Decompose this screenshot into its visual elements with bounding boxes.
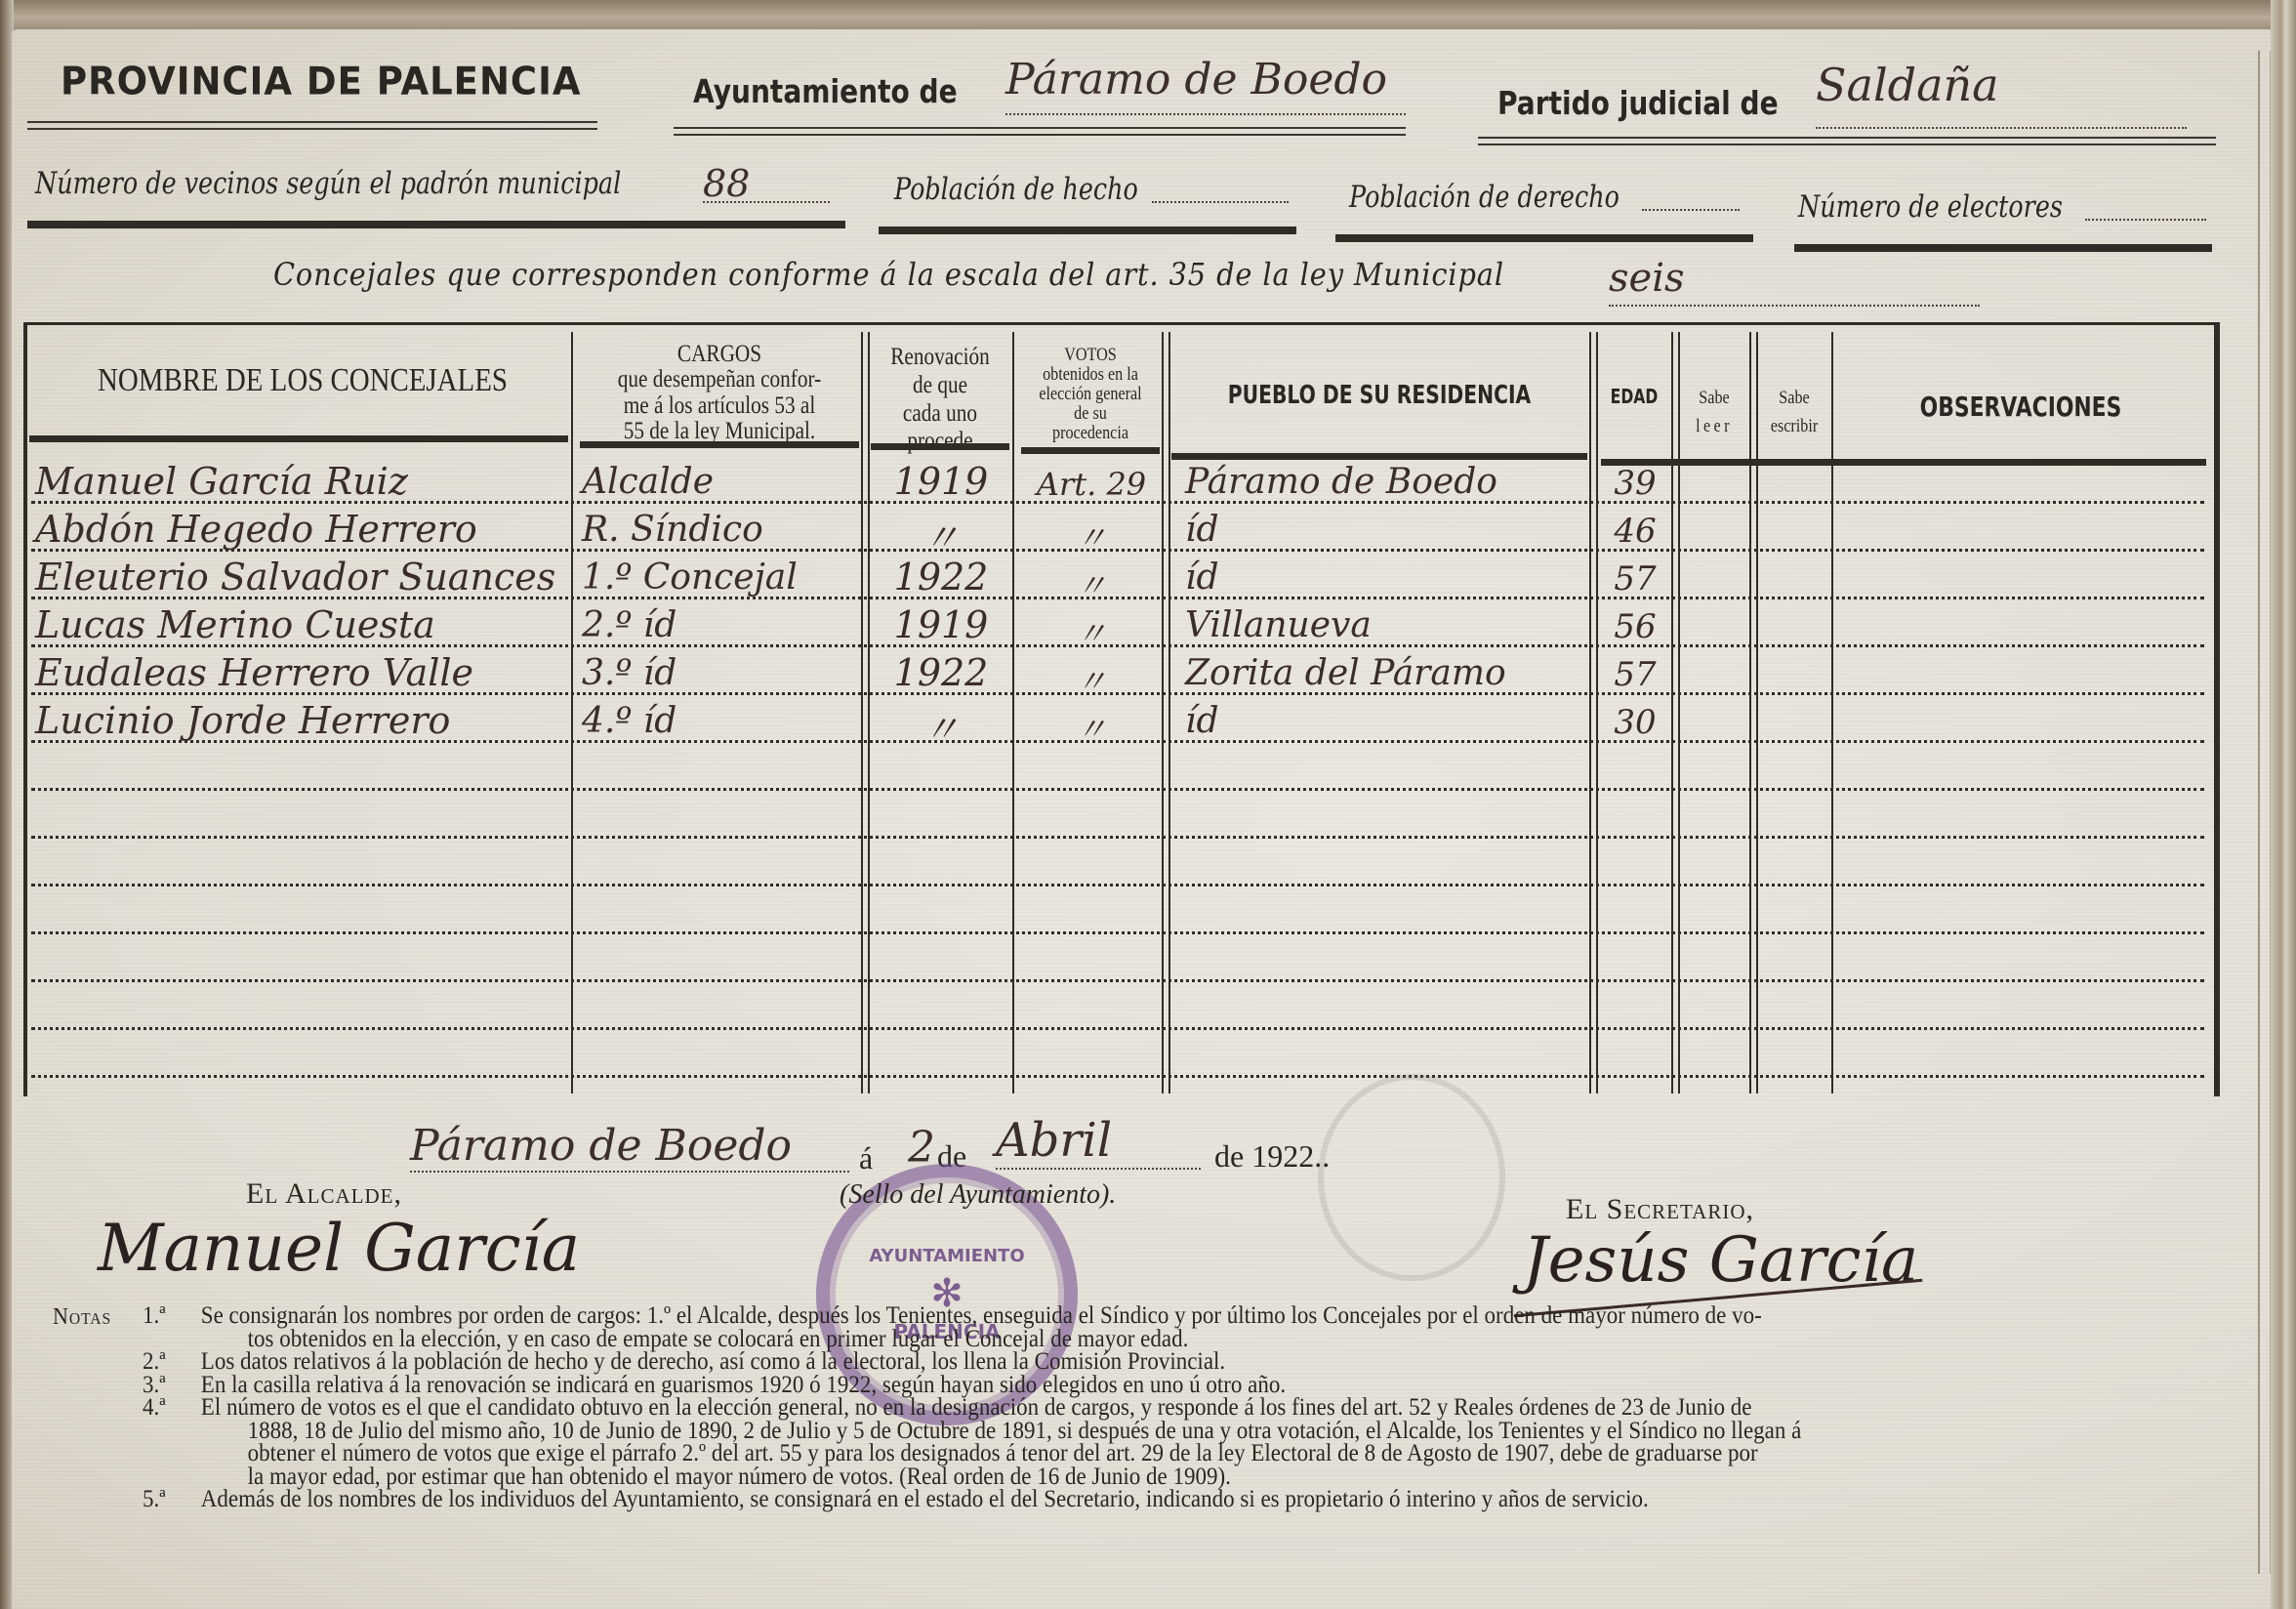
cell-cargo: 4.º íd <box>582 701 859 741</box>
note-text: Además de los nombres de los individuos … <box>201 1488 2047 1511</box>
poblacion-derecho-label: Población de derecho <box>1349 180 1619 215</box>
header-renovacion-line: de que <box>880 372 1001 400</box>
header-edad: EDAD <box>1605 387 1662 407</box>
alcalde-label: El Alcalde, <box>246 1177 402 1211</box>
cell-nombre: Lucas Merino Cuesta <box>35 603 570 646</box>
note-number: 1.ª <box>143 1304 166 1328</box>
concejales-label: Concejales que corresponden conforme á l… <box>273 256 1504 293</box>
cell-nombre: Eudaleas Herrero Valle <box>35 651 570 694</box>
cell-cargo: 3.º íd <box>582 653 859 693</box>
vecinos-rule <box>27 221 845 228</box>
header-cargos: CARGOS que desempeñan confor- me á los a… <box>599 342 840 444</box>
electores-value <box>2085 219 2206 221</box>
note-text: Se consignarán los nombres por orden de … <box>201 1304 2047 1328</box>
header-sabe-leer: Sabe leer <box>1684 385 1743 440</box>
electores-rule <box>1794 244 2212 252</box>
partido-judicial-label: Partido judicial de <box>1497 84 1779 122</box>
note-item: 4.ª El número de votos es el que el cand… <box>53 1396 2046 1488</box>
note-number: 5.ª <box>143 1488 166 1511</box>
note-item: 5.ª Además de los nombres de los individ… <box>53 1488 2046 1511</box>
hecho-rule <box>879 227 1296 234</box>
vecinos-value: 88 <box>703 162 830 203</box>
poblacion-hecho-value <box>1152 201 1289 203</box>
table-row <box>31 979 2204 982</box>
header-votos-line: obtenidos en la <box>1030 365 1151 385</box>
partido-judicial-value: Saldaña <box>1816 59 2187 129</box>
province-rule <box>27 121 597 130</box>
stamp-text: AYUNTAMIENTO <box>869 1245 1024 1267</box>
cell-edad: 57 <box>1601 655 1669 694</box>
footer-year: de 1922.. <box>1214 1138 1330 1175</box>
header-renovacion-line: Renovación <box>880 344 1001 372</box>
header-rule <box>1021 447 1160 454</box>
cell-renovacion: 1922 <box>873 556 1009 598</box>
footer-month: Abril <box>996 1113 1201 1170</box>
sello-label: (Sello del Ayuntamiento). <box>840 1179 1116 1211</box>
cell-pueblo: íd <box>1185 701 1585 741</box>
note-item: 2.ª Los datos relativos á la población d… <box>53 1350 2046 1374</box>
cell-renovacion: 〃 <box>873 699 1009 753</box>
note-text: 1888, 18 de Julio del mismo año, 10 de J… <box>201 1420 2047 1443</box>
header-rule <box>1601 459 2206 466</box>
note-text: El número de votos es el que el candidat… <box>201 1396 2047 1420</box>
header-cargos-title: CARGOS <box>599 342 840 367</box>
header-votos-line: elección general <box>1030 385 1151 404</box>
header-rule <box>1171 453 1587 460</box>
page-gutter-lines <box>2258 51 2271 1574</box>
cell-renovacion: 1922 <box>873 651 1009 694</box>
header-renovacion-line: procede <box>880 428 1001 456</box>
vecinos-label: Número de vecinos según el padrón munici… <box>35 166 621 201</box>
note-number: 4.ª <box>143 1396 166 1420</box>
cell-nombre: Manuel García Ruiz <box>35 460 570 503</box>
ghost-stamp <box>1318 1074 1505 1281</box>
cell-nombre: Lucinio Jorde Herrero <box>35 699 570 742</box>
ayuntamiento-label: Ayuntamiento de <box>693 72 958 110</box>
cell-renovacion: 1919 <box>873 460 1009 503</box>
cell-edad: 46 <box>1601 512 1669 551</box>
header-renovacion-line: cada uno <box>880 400 1001 429</box>
cell-renovacion: 1919 <box>873 603 1009 646</box>
header-sabe-escribir-line: Sabe <box>1763 385 1826 413</box>
cell-votos: 〃 <box>1023 561 1160 606</box>
header-rule <box>29 435 568 442</box>
poblacion-hecho-label: Población de hecho <box>894 172 1138 207</box>
cell-cargo: 1.º Concejal <box>582 557 859 598</box>
note-text: Los datos relativos á la población de he… <box>201 1350 2047 1374</box>
header-sabe-escribir: Sabe escribir <box>1763 385 1826 440</box>
header-votos: VOTOS obtenidos en la elección general d… <box>1030 346 1151 443</box>
header-sabe-escribir-line: escribir <box>1763 413 1826 441</box>
note-text: tos obtenidos en la elección, y en caso … <box>201 1328 2047 1351</box>
cell-pueblo: Zorita del Páramo <box>1185 653 1585 693</box>
cell-pueblo: Villanueva <box>1185 605 1585 645</box>
cell-nombre: Abdón Hegedo Herrero <box>35 508 570 551</box>
cell-pueblo: Páramo de Boedo <box>1185 462 1585 502</box>
header-sabe-leer-line: leer <box>1684 413 1743 441</box>
secretario-label: El Secretario, <box>1566 1193 1754 1226</box>
ayuntamiento-value: Páramo de Boedo <box>1005 55 1406 115</box>
header-cargos-line: que desempeñan confor- <box>599 367 840 392</box>
note-item: 3.ª En la casilla relativa á la renovaci… <box>53 1374 2046 1397</box>
cell-renovacion: 〃 <box>873 508 1009 561</box>
note-number: 3.ª <box>143 1374 166 1397</box>
cell-votos: 〃 <box>1023 657 1160 702</box>
cell-nombre: Eleuterio Salvador Suances <box>35 556 570 598</box>
partido-rule <box>1478 137 2216 145</box>
derecho-rule <box>1335 234 1753 242</box>
notes-section: Notas 1.ª Se consignarán los nombres por… <box>53 1304 2046 1511</box>
cell-edad: 57 <box>1601 559 1669 598</box>
note-text: la mayor edad, por estimar que han obten… <box>201 1465 2047 1489</box>
cell-cargo: R. Síndico <box>582 510 859 550</box>
cell-votos: 〃 <box>1023 705 1160 750</box>
book-right-edge <box>2271 0 2296 1609</box>
header-cargos-line: me á los artículos 53 al <box>599 393 840 419</box>
header-votos-line: de su <box>1030 404 1151 424</box>
cell-pueblo: íd <box>1185 510 1585 550</box>
header-sabe-leer-line: Sabe <box>1684 385 1743 413</box>
note-text: En la casilla relativa á la renovación s… <box>201 1374 2047 1397</box>
header-observaciones: OBSERVACIONES <box>1876 392 2165 421</box>
header-votos-title: VOTOS <box>1030 346 1151 365</box>
cell-edad: 56 <box>1601 607 1669 646</box>
footer-place: Páramo de Boedo <box>410 1121 849 1173</box>
note-item: 1.ª Se consignarán los nombres por orden… <box>53 1304 2046 1350</box>
table-row <box>31 1027 2204 1030</box>
concejales-value: seis <box>1609 256 1980 307</box>
cell-votos: 〃 <box>1023 609 1160 654</box>
table-row <box>31 931 2204 934</box>
header-pueblo: PUEBLO DE SU RESIDENCIA <box>1217 383 1541 409</box>
province-title: PROVINCIA DE PALENCIA <box>61 60 581 103</box>
cell-pueblo: íd <box>1185 557 1585 598</box>
alcalde-signature: Manuel García <box>98 1211 580 1286</box>
table-row <box>31 884 2204 887</box>
cell-votos: 〃 <box>1023 514 1160 558</box>
footer-a: á <box>859 1140 873 1176</box>
cell-cargo: 2.º íd <box>582 605 859 645</box>
ayuntamiento-rule <box>674 127 1406 136</box>
note-number: 2.ª <box>143 1350 166 1374</box>
header-votos-line: procedencia <box>1030 424 1151 443</box>
poblacion-derecho-value <box>1642 209 1740 211</box>
cell-edad: 39 <box>1601 464 1669 503</box>
cell-edad: 30 <box>1601 703 1669 742</box>
cell-votos: Art. 29 <box>1023 466 1160 503</box>
electores-label: Número de electores <box>1798 189 2063 225</box>
header-rule <box>871 443 1009 450</box>
header-rule <box>580 441 859 448</box>
table-row <box>31 836 2204 839</box>
header-renovacion: Renovación de que cada uno procede <box>880 344 1001 456</box>
table-row <box>31 1075 2204 1078</box>
note-text: obtener el número de votos que exige el … <box>201 1442 2047 1465</box>
table-row <box>31 788 2204 791</box>
header-nombre: NOMBRE DE LOS CONCEJALES <box>79 363 527 398</box>
cell-cargo: Alcalde <box>582 462 859 502</box>
